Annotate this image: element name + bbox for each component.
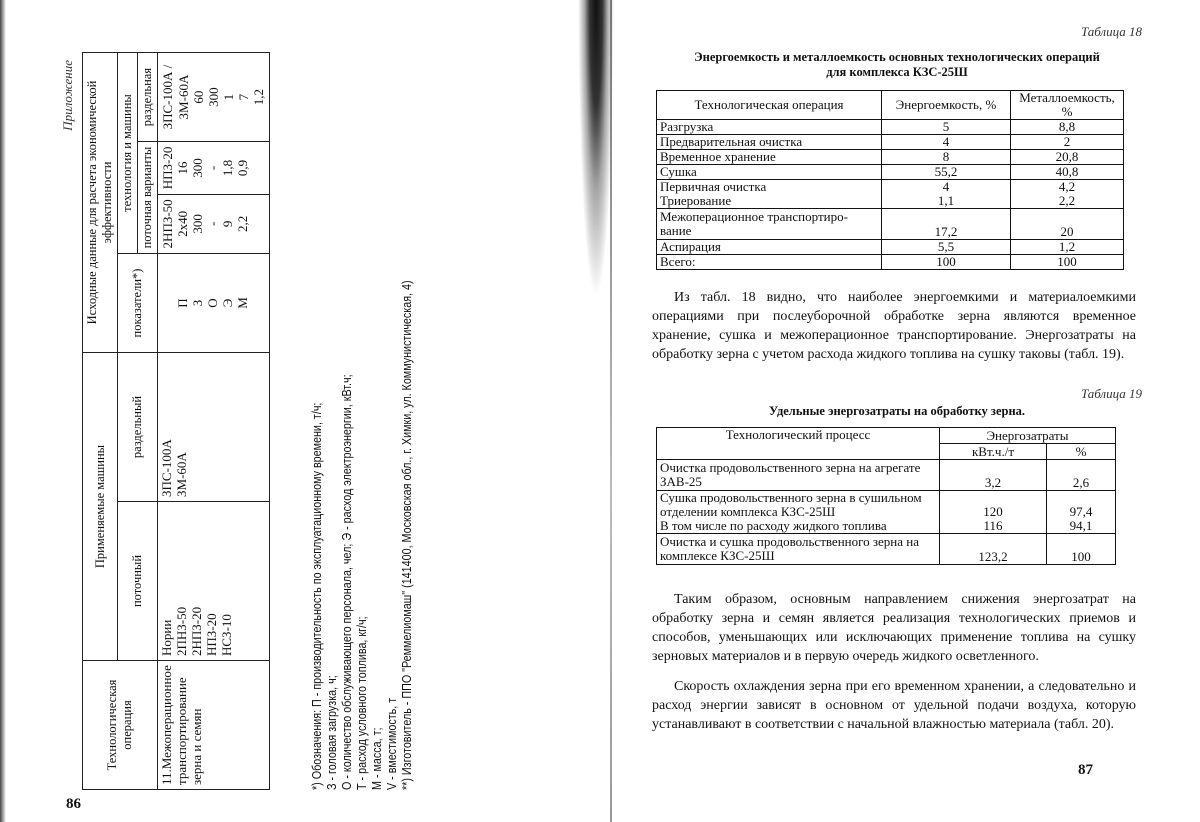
- t18-metal: 4,2: [1011, 180, 1124, 195]
- table18-label: Таблица 18: [1081, 24, 1142, 40]
- t18-metal: 1,2: [1011, 240, 1124, 255]
- t19-header-percent: %: [1047, 444, 1116, 460]
- paragraph-2: Таким образом, основным направлением сни…: [652, 590, 1136, 666]
- table-row: Сушка продовольственного зерна в сушильн…: [657, 491, 1116, 520]
- th-operation: Технологическая операция: [83, 661, 158, 790]
- t19-process: Очистка продовольственного зерна на агре…: [657, 460, 940, 491]
- table-row: Триерование1,12,2: [657, 194, 1124, 209]
- cell-separate: ЗПС-100А /ЗМ-60А 60 300 1 7 1,2: [158, 53, 270, 142]
- table-row: Аспирация5,51,2: [657, 240, 1124, 255]
- t18-operation: Временное хранение: [657, 150, 882, 165]
- t18-energy: 100: [882, 255, 1011, 270]
- t18-energy: 4: [882, 180, 1011, 195]
- t18-energy: 5,5: [882, 240, 1011, 255]
- th-indicators: показатели*): [118, 254, 158, 353]
- left-page-rotated: Приложение Технологическая операция Прим…: [60, 50, 450, 790]
- page-number-left: 86: [66, 796, 81, 813]
- t18-metal: 40,8: [1011, 165, 1124, 180]
- table19: Технологический процесс Энергозатраты кВ…: [656, 427, 1116, 565]
- t18-operation: Сушка: [657, 165, 882, 180]
- table19-label: Таблица 19: [1081, 386, 1142, 402]
- footnote: О - количество обслуживающего персонала,…: [340, 280, 355, 790]
- t18-header-energy: Энергоемкость, %: [882, 91, 1011, 120]
- footnote: Т - расход условного топлива, кг/ч;: [355, 280, 370, 790]
- t19-header-kwh: кВт.ч./т: [940, 444, 1047, 460]
- t18-metal: 2: [1011, 135, 1124, 150]
- table-row: Очистка продовольственного зерна на агре…: [657, 460, 1116, 491]
- t18-header-metal: Металлоемкость, %: [1011, 91, 1124, 120]
- t18-metal: 2,2: [1011, 194, 1124, 209]
- variant1-header: 2НПЗ-50: [160, 199, 176, 249]
- t19-kwh: 120: [940, 491, 1047, 520]
- t18-header-operation: Технологическая операция: [657, 91, 882, 120]
- t19-process: В том числе по расходу жидкого топлива: [657, 519, 940, 534]
- table-row: Предварительная очистка42: [657, 135, 1124, 150]
- th-flow-variants: поточная варианты: [138, 142, 158, 254]
- table19-title: Удельные энергозатраты на обработку зерн…: [652, 404, 1142, 419]
- t18-energy: 4: [882, 135, 1011, 150]
- t19-kwh: 123,2: [940, 534, 1047, 565]
- th-machines-flow: поточный: [118, 502, 158, 661]
- t19-kwh: 3,2: [940, 460, 1047, 491]
- t18-operation: Межоперационное транспортиро-вание: [657, 209, 882, 240]
- page-number-right: 87: [1078, 762, 1093, 779]
- t18-operation: Первичная очистка: [657, 180, 882, 195]
- t18-energy: 17,2: [882, 209, 1011, 240]
- book-spine: [610, 0, 612, 822]
- footnotes: *) Обозначения: П - производительность п…: [310, 280, 415, 790]
- footnote: **) Изготовитель - ППО "Реммелиомаш" (14…: [400, 280, 415, 790]
- t18-metal: 100: [1011, 255, 1124, 270]
- table-row: Очистка и сушка продовольственного зерна…: [657, 534, 1116, 565]
- cell-operation: 11.Межоперационное транспортирование зер…: [158, 661, 270, 790]
- footnote: *) Обозначения: П - производительность п…: [310, 280, 325, 790]
- t18-metal: 20,8: [1011, 150, 1124, 165]
- th-tech-group: технология и машины: [118, 53, 138, 254]
- table18-title-line2: для комплекса КЗС-25Ш: [652, 65, 1142, 80]
- table-row: Сушка55,240,8: [657, 165, 1124, 180]
- cell-indicators: П З О Э М: [158, 254, 270, 353]
- t18-operation: Всего:: [657, 255, 882, 270]
- t18-metal: 20: [1011, 209, 1124, 240]
- th-separate: раздельная: [138, 53, 158, 142]
- separate-header: ЗПС-100А /ЗМ-60А: [160, 57, 192, 137]
- economic-data-table: Технологическая операция Применяемые маш…: [82, 52, 270, 790]
- footnote: V - вместимость, т: [385, 280, 400, 790]
- t18-operation: Разгрузка: [657, 120, 882, 135]
- t19-percent: 100: [1047, 534, 1116, 565]
- footnote: М - масса, т;: [370, 280, 385, 790]
- separate-values: 60 300 1 7 1,2: [192, 57, 267, 137]
- t18-energy: 8: [882, 150, 1011, 165]
- table18-title: Энергоемкость и металлоемкость основных …: [652, 50, 1142, 80]
- t19-header-process: Технологический процесс: [657, 428, 940, 460]
- paragraph-1: Из табл. 18 видно, что наиболее энергоем…: [652, 288, 1136, 364]
- table-row: Всего:100100: [657, 255, 1124, 270]
- t19-percent: 94,1: [1047, 519, 1116, 534]
- t18-operation: Аспирация: [657, 240, 882, 255]
- th-machines-group: Применяемые машины: [83, 353, 118, 661]
- table-row: Разгрузка58,8: [657, 120, 1124, 135]
- th-machines-separate: раздельный: [118, 353, 158, 502]
- t18-operation: Триерование: [657, 194, 882, 209]
- table-row: Временное хранение820,8: [657, 150, 1124, 165]
- table18-title-line1: Энергоемкость и металлоемкость основных …: [652, 50, 1142, 65]
- t18-metal: 8,8: [1011, 120, 1124, 135]
- cell-machines-separate: ЗПС-100А ЗМ-60А: [158, 353, 270, 502]
- t18-operation: Предварительная очистка: [657, 135, 882, 150]
- variant2-header: НПЗ-20: [160, 146, 176, 190]
- t18-energy: 1,1: [882, 194, 1011, 209]
- t19-percent: 2,6: [1047, 460, 1116, 491]
- t19-process: Очистка и сушка продовольственного зерна…: [657, 534, 940, 565]
- table-row: Первичная очистка44,2: [657, 180, 1124, 195]
- cell-variant2: НПЗ-20 16 300 - 1,8 0,9: [158, 142, 270, 195]
- t19-header-energy: Энергозатраты: [940, 428, 1116, 444]
- t19-process: Сушка продовольственного зерна в сушильн…: [657, 491, 940, 520]
- paragraph-3: Скорость охлаждения зерна при его времен…: [652, 677, 1136, 734]
- table-row: В том числе по расходу жидкого топлива 1…: [657, 519, 1116, 534]
- t18-energy: 55,2: [882, 165, 1011, 180]
- book-spine-shadow: [578, 0, 614, 300]
- scan-left-edge-shadow: [0, 0, 6, 822]
- cell-machines-flow: Нории 2ПНЗ-50 2НПЗ-20 НПЗ-20 НСЗ-10: [158, 502, 270, 661]
- variant2-values: 16 300 - 1,8 0,9: [176, 146, 251, 190]
- table-row: Межоперационное транспортиро-вание17,220: [657, 209, 1124, 240]
- variant1-values: 2х40 300 - 9 2,2: [176, 199, 251, 249]
- th-econ-group: Исходные данные для расчета экономическо…: [83, 53, 118, 353]
- footnote: З - головая загрузка, ч;: [325, 280, 340, 790]
- running-header: Приложение: [60, 60, 76, 131]
- cell-variant1: 2НПЗ-50 2х40 300 - 9 2,2: [158, 194, 270, 253]
- t19-kwh: 116: [940, 519, 1047, 534]
- table18: Технологическая операция Энергоемкость, …: [656, 90, 1124, 270]
- t19-percent: 97,4: [1047, 491, 1116, 520]
- t18-energy: 5: [882, 120, 1011, 135]
